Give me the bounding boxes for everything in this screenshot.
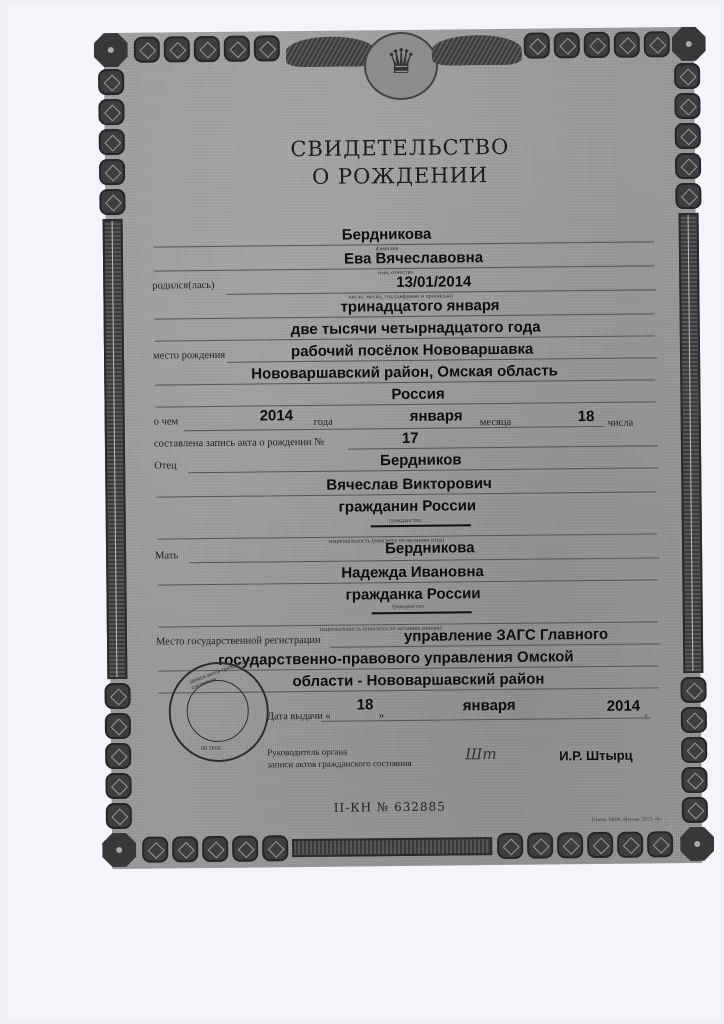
signer-role-line-2: записи актов гражданского состояния: [267, 758, 411, 770]
record-year: 2014: [260, 407, 294, 424]
border-medallion: [527, 832, 553, 858]
border-medallion: [674, 63, 700, 89]
corner-ornament: [672, 27, 706, 61]
laurel-ornament: [432, 35, 522, 66]
border-medallion: [644, 31, 670, 57]
birthplace-label: место рождения: [153, 350, 225, 362]
border-medallion: [674, 93, 700, 119]
border-medallion: [202, 836, 228, 862]
border-medallion: [99, 189, 125, 215]
border-medallion: [254, 35, 280, 61]
form-line: [321, 717, 651, 721]
father-name-patronymic: Вячеслав Викторович: [326, 475, 492, 494]
border-medallion: [554, 32, 580, 58]
border-medallion: [194, 36, 220, 62]
laurel-ornament: [286, 36, 376, 67]
border-medallion: [617, 832, 643, 858]
registration-line-3: области - Нововаршавский район: [292, 671, 544, 691]
border-medallion: [682, 797, 708, 823]
border-medallion: [106, 803, 132, 829]
birth-certificate: ♛: [104, 27, 703, 869]
border-medallion: [98, 99, 124, 125]
border-medallion: [681, 767, 707, 793]
stamp-code: 0041 60: [201, 744, 221, 750]
official-seal-stamp: записи актов гражданского состояния 0041…: [168, 661, 269, 762]
child-surname: Бердникова: [342, 226, 432, 244]
side-bar-ornament: [103, 219, 128, 679]
corner-ornament: [102, 833, 136, 867]
strike-line: [372, 611, 472, 614]
birth-date: 13/01/2014: [396, 273, 471, 291]
border-medallion: [105, 743, 131, 769]
eagle-icon: ♛: [386, 42, 417, 82]
border-medallion: [105, 773, 131, 799]
birth-date-words-2: две тысячи четырнадцатого года: [291, 319, 541, 339]
form-line: [189, 557, 659, 563]
record-day: 18: [578, 408, 595, 425]
border-medallion: [647, 831, 673, 857]
side-bar-ornament: [679, 213, 704, 673]
issue-year: 2014: [607, 698, 641, 715]
mother-surname: Бердникова: [385, 539, 475, 557]
border-medallion: [105, 713, 131, 739]
border-medallion: [557, 832, 583, 858]
border-medallion: [524, 32, 550, 58]
border-medallion: [614, 31, 640, 57]
issue-month: января: [463, 697, 516, 715]
birthplace-line-1: рабочий посёлок Нововаршавка: [291, 341, 534, 361]
registration-label: Место государственной регистрации: [156, 635, 321, 648]
child-name-patronymic: Ева Вячеславовна: [344, 249, 483, 267]
mother-label: Мать: [155, 550, 178, 561]
border-medallion: [224, 36, 250, 62]
about-label: о чем: [154, 416, 179, 427]
border-medallion: [584, 32, 610, 58]
border-medallion: [134, 37, 160, 63]
father-surname: Бердников: [380, 451, 462, 469]
border-medallion: [497, 833, 523, 859]
document-title: СВИДЕТЕЛЬСТВО: [105, 133, 695, 163]
border-medallion: [675, 183, 701, 209]
border-medallion: [104, 683, 130, 709]
scanned-page: ♛: [8, 4, 720, 1020]
corner-ornament: [94, 33, 128, 67]
border-medallion: [232, 836, 258, 862]
day-label: числа: [608, 418, 634, 429]
father-citizenship: гражданин России: [339, 497, 477, 515]
form-line: [184, 426, 604, 431]
citizenship-caption: гражданство: [392, 604, 424, 610]
border-medallion: [98, 69, 124, 95]
border-medallion: [164, 36, 190, 62]
father-label: Отец: [154, 460, 177, 471]
border-medallion: [681, 707, 707, 733]
certificate-serial-number: II-КН № 632885: [334, 800, 446, 815]
corner-ornament: [680, 827, 714, 861]
record-number-label: составлена запись акта о рождении №: [154, 437, 324, 450]
mother-citizenship: гражданка России: [345, 585, 480, 603]
year-label: года: [314, 417, 333, 428]
issue-day: 18: [357, 696, 374, 713]
border-medallion: [587, 832, 613, 858]
signer-role-line-1: Руководитель органа: [267, 747, 347, 758]
border-medallion: [172, 836, 198, 862]
birth-date-words-1: тринадцатого января: [340, 297, 499, 316]
printer-mark: Гознак, МПФ, Москва, 2013, «Б»: [592, 817, 662, 823]
citizenship-caption: гражданство: [389, 518, 421, 524]
handwritten-signature: Шт: [465, 745, 497, 763]
bottom-bar-ornament: [292, 837, 492, 857]
registration-line-1: управление ЗАГС Главного: [404, 626, 608, 645]
record-number: 17: [402, 430, 419, 447]
border-medallion: [142, 836, 168, 862]
born-label: родился(лась): [152, 280, 214, 292]
birthplace-line-2: Нововаршавский район, Омская область: [251, 362, 558, 382]
border-medallion: [262, 835, 288, 861]
border-medallion: [681, 737, 707, 763]
document-subtitle: О РОЖДЕНИИ: [105, 161, 695, 191]
signer-name: И.Р. Штырц: [559, 748, 633, 764]
birthplace-line-3: Россия: [391, 386, 444, 404]
coat-of-arms-emblem: ♛: [364, 32, 439, 101]
mother-name-patronymic: Надежда Ивановна: [341, 563, 484, 581]
year-suffix: г.: [645, 711, 649, 720]
border-medallion: [680, 677, 706, 703]
record-month: января: [410, 407, 463, 425]
form-line: [348, 445, 658, 449]
strike-line: [371, 524, 471, 527]
